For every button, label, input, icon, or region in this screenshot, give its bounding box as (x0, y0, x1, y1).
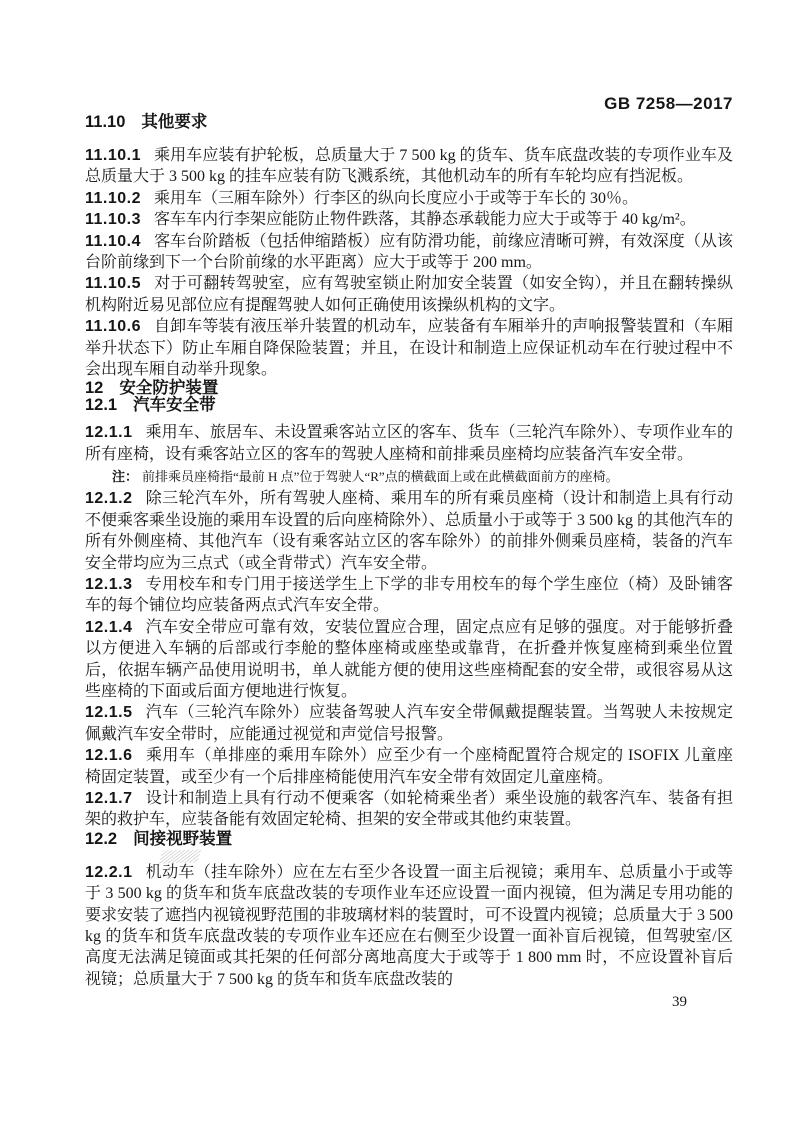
clause-12-1-1: 12.1.1乘用车、旅居车、未设置乘客站立区的客车、货车（三轮汽车除外）、专项作… (85, 422, 733, 465)
clause-number: 12.1.4 (85, 619, 132, 636)
section-number: 12 (85, 379, 103, 397)
clause-12-1-3: 12.1.3专用校车和专门用于接送学生上下学的非专用校车的每个学生座位（椅）及卧… (85, 574, 733, 617)
section-number: 11.10 (85, 113, 125, 131)
clause-number: 11.10.3 (85, 211, 141, 228)
clause-text: 专用校车和专门用于接送学生上下学的非专用校车的每个学生座位（椅）及卧铺客车的每个… (85, 576, 733, 614)
clause-text: 汽车安全带应可靠有效，安装位置应合理，固定点应有足够的强度。对于能够折叠以方便进… (85, 619, 733, 700)
clause-number: 12.1.1 (85, 424, 132, 441)
clause-12-1-4: 12.1.4汽车安全带应可靠有效，安装位置应合理，固定点应有足够的强度。对于能够… (85, 617, 733, 703)
section-heading-12-2: 12.2间接视野装置 (85, 831, 733, 848)
note-text: 前排乘员座椅指“最前 H 点”位于驾驶人“R”点的横截面上或在此横截面前方的座椅… (142, 469, 619, 484)
section-title: 间接视野装置 (133, 830, 232, 848)
section-number: 12.2 (85, 830, 117, 848)
clause-group-12-2: 12.2.1机动车（挂车除外）应在左右至少各设置一面主后视镜；乘用车、总质量小于… (85, 862, 733, 990)
clause-11-10-1: 11.10.1乘用车应装有护轮板，总质量大于 7 500 kg 的货车、货车底盘… (85, 145, 733, 188)
clause-12-1-5: 12.1.5汽车（三轮汽车除外）应装备驾驶人汽车安全带佩戴提醒装置。当驾驶人未按… (85, 702, 733, 745)
section-number: 12.1 (85, 396, 117, 414)
clause-number: 11.10.5 (85, 275, 141, 292)
clause-11-10-2: 11.10.2乘用车（三厢车除外）行李区的纵向长度应小于或等于车长的 30％。 (85, 188, 733, 209)
section-title: 汽车安全带 (133, 396, 216, 414)
clause-text: 客车车内行李架应能防止物件跌落，其静态承载能力应大于或等于 40 kg/m²。 (154, 211, 696, 228)
clause-12-1-6: 12.1.6乘用车（单排座的乘用车除外）应至少有一个座椅配置符合规定的 ISOF… (85, 745, 733, 788)
clause-text: 乘用车应装有护轮板，总质量大于 7 500 kg 的货车、货车底盘改装的专项作业… (85, 147, 733, 185)
clause-text: 对于可翻转驾驶室，应有驾驶室锁止附加安全装置（如安全钩），并且在翻转操纵机构附近… (85, 275, 733, 313)
section-heading-11-10: 11.10其他要求 (85, 114, 733, 131)
clause-number: 12.1.6 (85, 747, 132, 764)
clause-text: 乘用车（三厢车除外）行李区的纵向长度应小于或等于车长的 30％。 (154, 190, 638, 207)
clause-text: 自卸车等装有液压举升装置的机动车，应装备有车厢举升的声响报警装置和（车厢举升状态… (85, 318, 733, 378)
clause-text: 汽车（三轮汽车除外）应装备驾驶人汽车安全带佩戴提醒装置。当驾驶人未按规定佩戴汽车… (85, 704, 733, 742)
section-heading-12-1: 12.1汽车安全带 (85, 397, 733, 414)
clause-number: 12.2.1 (85, 864, 132, 881)
clause-12-1-7: 12.1.7设计和制造上具有行动不便乘客（如轮椅乘坐者）乘坐设施的载客汽车、装备… (85, 788, 733, 831)
note-label: 注： (112, 469, 138, 484)
clause-text: 机动车（挂车除外）应在左右至少各设置一面主后视镜；乘用车、总质量小于或等于 3 … (85, 864, 733, 988)
clause-number: 12.1.3 (85, 576, 132, 593)
page-content: GB 7258—2017 11.10其他要求 11.10.1乘用车应装有护轮板，… (85, 0, 733, 1011)
clause-number: 12.1.2 (85, 490, 132, 507)
clause-group-12-1: 12.1.1乘用车、旅居车、未设置乘客站立区的客车、货车（三轮汽车除外）、专项作… (85, 422, 733, 830)
page-number: 39 (85, 993, 733, 1011)
clause-text: 乘用车、旅居车、未设置乘客站立区的客车、货车（三轮汽车除外）、专项作业车的所有座… (85, 424, 733, 462)
section-title: 其他要求 (141, 113, 207, 131)
clause-number: 12.1.5 (85, 704, 132, 721)
section-title: 安全防护装置 (119, 379, 218, 397)
clause-text: 设计和制造上具有行动不便乘客（如轮椅乘坐者）乘坐设施的载客汽车、装备有担架的救护… (85, 790, 733, 828)
clause-11-10-6: 11.10.6自卸车等装有液压举升装置的机动车，应装备有车厢举升的声响报警装置和… (85, 316, 733, 380)
clause-text: 乘用车（单排座的乘用车除外）应至少有一个座椅配置符合规定的 ISOFIX 儿童座… (85, 747, 733, 785)
clause-11-10-5: 11.10.5对于可翻转驾驶室，应有驾驶室锁止附加安全装置（如安全钩），并且在翻… (85, 273, 733, 316)
clause-text: 客车台阶踏板（包括伸缩踏板）应有防滑功能，前缘应清晰可辨，有效深度（从该台阶前缘… (85, 233, 733, 271)
clause-11-10-3: 11.10.3客车车内行李架应能防止物件跌落，其静态承载能力应大于或等于 40 … (85, 209, 733, 230)
document-page: GB 7258—2017 11.10其他要求 11.10.1乘用车应装有护轮板，… (0, 0, 800, 1131)
clause-number: 12.1.7 (85, 790, 132, 807)
clause-group-11-10: 11.10.1乘用车应装有护轮板，总质量大于 7 500 kg 的货车、货车底盘… (85, 145, 733, 380)
clause-number: 11.10.1 (85, 147, 141, 164)
clause-text: 除三轮汽车外，所有驾驶人座椅、乘用车的所有乘员座椅（设计和制造上具有行动不便乘客… (85, 490, 733, 571)
clause-number: 11.10.2 (85, 190, 141, 207)
clause-number: 11.10.4 (85, 233, 141, 250)
scan-artifact-mark (159, 849, 202, 863)
clause-note: 注：前排乘员座椅指“最前 H 点”位于驾驶人“R”点的横截面上或在此横截面前方的… (85, 467, 733, 486)
standard-code: GB 7258—2017 (85, 93, 733, 114)
clause-11-10-4: 11.10.4客车台阶踏板（包括伸缩踏板）应有防滑功能，前缘应清晰可辨，有效深度… (85, 231, 733, 274)
clause-number: 11.10.6 (85, 318, 141, 335)
clause-12-1-2: 12.1.2除三轮汽车外，所有驾驶人座椅、乘用车的所有乘员座椅（设计和制造上具有… (85, 488, 733, 574)
clause-12-2-1: 12.2.1机动车（挂车除外）应在左右至少各设置一面主后视镜；乘用车、总质量小于… (85, 862, 733, 990)
section-heading-12: 12安全防护装置 (85, 380, 733, 397)
